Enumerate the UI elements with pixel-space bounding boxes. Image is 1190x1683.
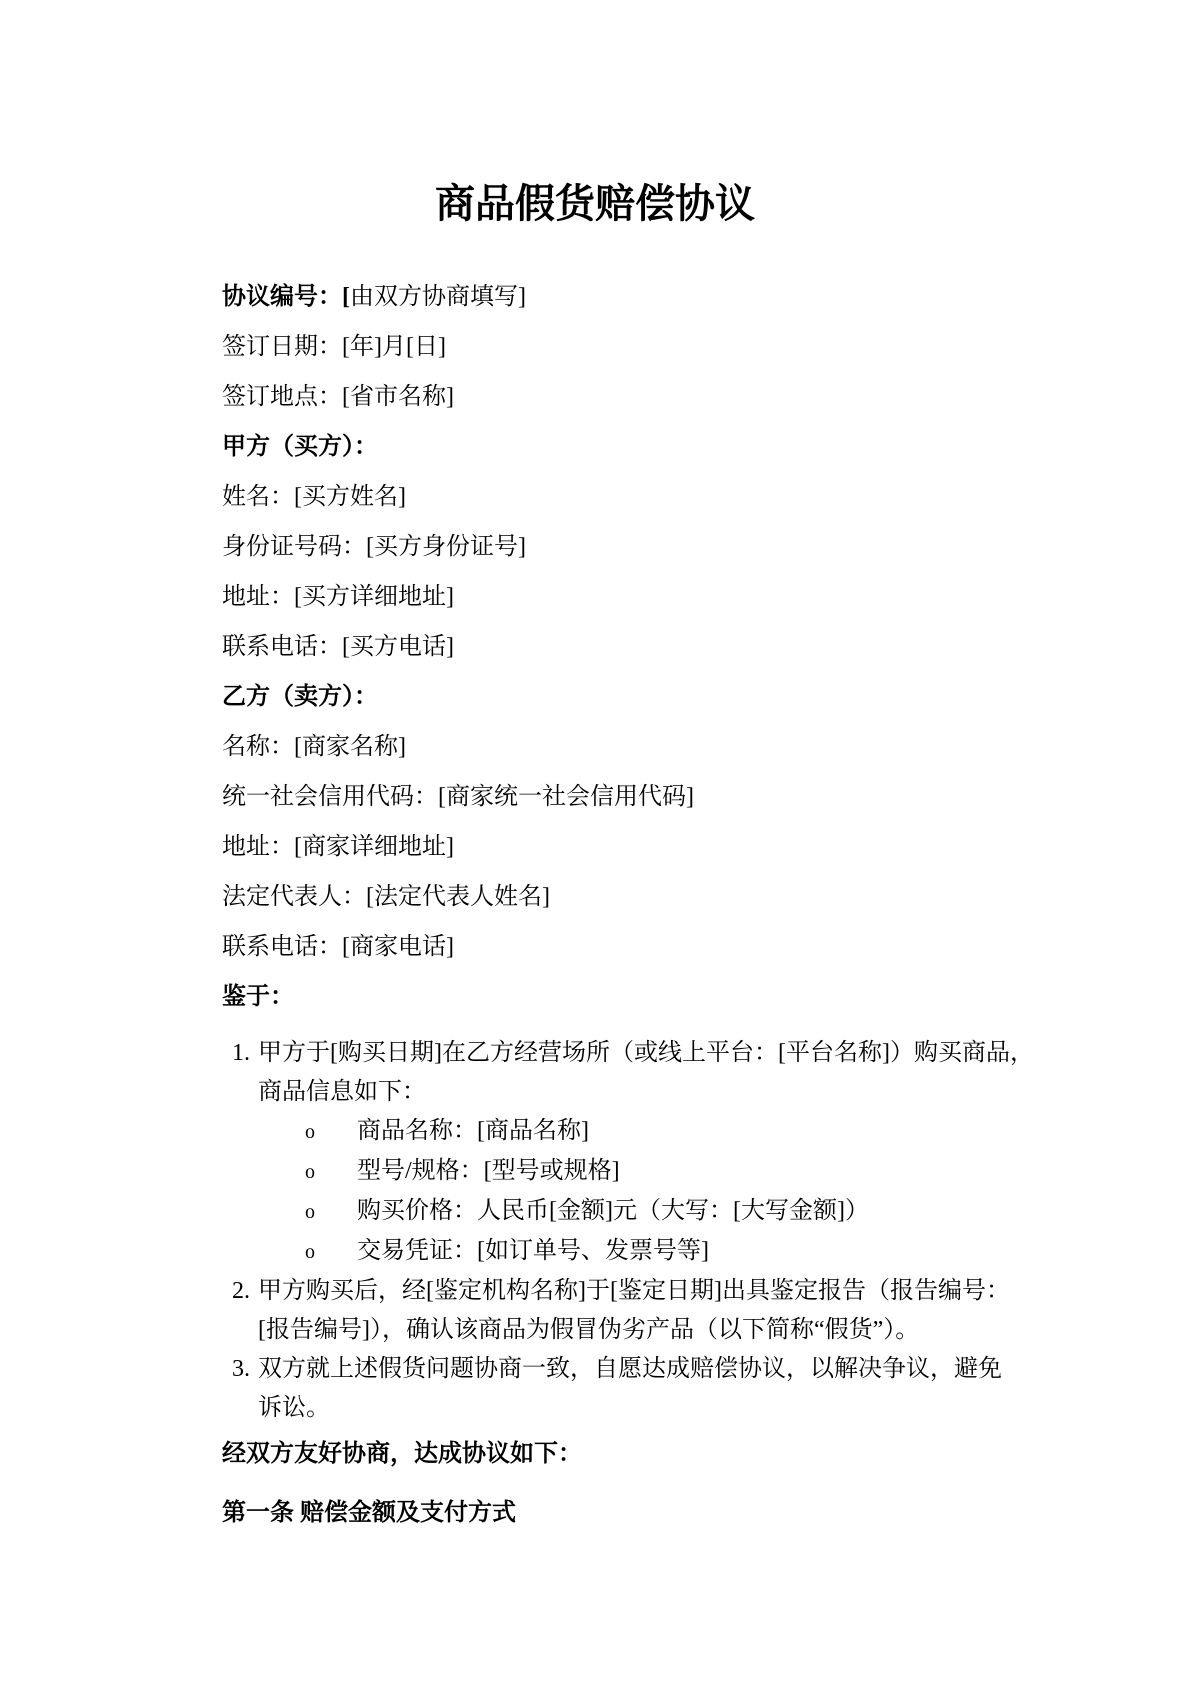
product-name-bullet: o商品名称：[商品名称] bbox=[258, 1112, 1050, 1152]
agreement-number-line: 协议编号：[由双方协商填写] bbox=[222, 280, 1050, 314]
model-spec-text: 型号/规格：[型号或规格] bbox=[357, 1158, 620, 1184]
signing-date-line: 签订日期：[年]月[日] bbox=[222, 330, 1050, 364]
o-bullet-icon: o bbox=[305, 1113, 357, 1152]
seller-legal-representative-line: 法定代表人：[法定代表人姓名] bbox=[222, 880, 1050, 914]
signing-location-value: 签订地点：[省市名称] bbox=[222, 384, 454, 410]
agreement-number-label: 协议编号：[ bbox=[222, 284, 350, 310]
document-body: 协议编号：[由双方协商填写] 签订日期：[年]月[日] 签订地点：[省市名称] … bbox=[0, 280, 1190, 1530]
o-bullet-icon: o bbox=[305, 1193, 357, 1232]
o-bullet-icon: o bbox=[305, 1153, 357, 1192]
purchase-price-text: 购买价格：人民币[金额]元（大写：[大写金额]） bbox=[357, 1198, 869, 1224]
party-b-heading-label: 乙方（卖方）： bbox=[222, 684, 378, 710]
list-number-3: 3. bbox=[232, 1350, 250, 1389]
list-number-1: 1. bbox=[232, 1034, 250, 1073]
seller-phone-value: 联系电话：[商家电话] bbox=[222, 934, 454, 960]
whereas-item-1: 1. 甲方于[购买日期]在乙方经营场所（或线上平台：[平台名称]）购买商品， 商… bbox=[222, 1034, 1050, 1272]
whereas-item-2: 2. 甲方购买后，经[鉴定机构名称]于[鉴定日期]出具鉴定报告（报告编号： [报… bbox=[222, 1272, 1050, 1350]
whereas-item-2-line-2: [报告编号]），确认该商品为假冒伪劣产品（以下简称“假货”）。 bbox=[258, 1311, 1050, 1350]
whereas-item-3-line-2: 诉讼。 bbox=[258, 1389, 1050, 1428]
seller-address-line: 地址：[商家详细地址] bbox=[222, 830, 1050, 864]
whereas-item-1-line-1: 甲方于[购买日期]在乙方经营场所（或线上平台：[平台名称]）购买商品， bbox=[258, 1034, 1050, 1073]
buyer-phone-line: 联系电话：[买方电话] bbox=[222, 630, 1050, 664]
o-bullet-icon: o bbox=[305, 1233, 357, 1272]
seller-address-value: 地址：[商家详细地址] bbox=[222, 834, 454, 860]
seller-name-value: 名称：[商家名称] bbox=[222, 734, 406, 760]
whereas-list: 1. 甲方于[购买日期]在乙方经营场所（或线上平台：[平台名称]）购买商品， 商… bbox=[222, 1034, 1050, 1428]
article-1-heading: 第一条 赔偿金额及支付方式 bbox=[222, 1496, 1050, 1530]
seller-credit-code-line: 统一社会信用代码：[商家统一社会信用代码] bbox=[222, 780, 1050, 814]
agreement-number-value: 由双方协商填写] bbox=[350, 284, 526, 310]
signing-location-line: 签订地点：[省市名称] bbox=[222, 380, 1050, 414]
list-number-2: 2. bbox=[232, 1272, 250, 1311]
buyer-address-line: 地址：[买方详细地址] bbox=[222, 580, 1050, 614]
whereas-item-3: 3. 双方就上述假货问题协商一致，自愿达成赔偿协议，以解决争议，避免 诉讼。 bbox=[222, 1350, 1050, 1428]
party-a-heading-label: 甲方（买方）： bbox=[222, 434, 378, 460]
transaction-proof-text: 交易凭证：[如订单号、发票号等] bbox=[357, 1238, 709, 1264]
closing-statement: 经双方友好协商，达成协议如下： bbox=[222, 1437, 1050, 1471]
party-b-heading: 乙方（卖方）： bbox=[222, 680, 1050, 714]
buyer-phone-value: 联系电话：[买方电话] bbox=[222, 634, 454, 660]
product-name-text: 商品名称：[商品名称] bbox=[357, 1118, 589, 1144]
seller-phone-line: 联系电话：[商家电话] bbox=[222, 930, 1050, 964]
signing-date-value: 签订日期：[年]月[日] bbox=[222, 334, 446, 360]
buyer-address-value: 地址：[买方详细地址] bbox=[222, 584, 454, 610]
transaction-proof-bullet: o交易凭证：[如订单号、发票号等] bbox=[258, 1232, 1050, 1272]
document-page: 商品假货赔偿协议 协议编号：[由双方协商填写] 签订日期：[年]月[日] 签订地… bbox=[0, 0, 1190, 1683]
whereas-heading: 鉴于： bbox=[222, 980, 1050, 1014]
seller-legal-representative-value: 法定代表人：[法定代表人姓名] bbox=[222, 884, 550, 910]
party-a-heading: 甲方（买方）： bbox=[222, 430, 1050, 464]
whereas-item-1-line-2: 商品信息如下： bbox=[258, 1073, 1050, 1112]
whereas-item-3-line-1: 双方就上述假货问题协商一致，自愿达成赔偿协议，以解决争议，避免 bbox=[258, 1350, 1050, 1389]
purchase-price-bullet: o购买价格：人民币[金额]元（大写：[大写金额]） bbox=[258, 1192, 1050, 1232]
buyer-id-number-value: 身份证号码：[买方身份证号] bbox=[222, 534, 526, 560]
whereas-item-2-line-1: 甲方购买后，经[鉴定机构名称]于[鉴定日期]出具鉴定报告（报告编号： bbox=[258, 1272, 1050, 1311]
buyer-id-number-line: 身份证号码：[买方身份证号] bbox=[222, 530, 1050, 564]
seller-credit-code-value: 统一社会信用代码：[商家统一社会信用代码] bbox=[222, 784, 694, 810]
whereas-heading-label: 鉴于： bbox=[222, 984, 294, 1010]
buyer-name-line: 姓名：[买方姓名] bbox=[222, 480, 1050, 514]
model-spec-bullet: o型号/规格：[型号或规格] bbox=[258, 1152, 1050, 1192]
document-title: 商品假货赔偿协议 bbox=[0, 180, 1190, 228]
buyer-name-value: 姓名：[买方姓名] bbox=[222, 484, 406, 510]
seller-name-line: 名称：[商家名称] bbox=[222, 730, 1050, 764]
